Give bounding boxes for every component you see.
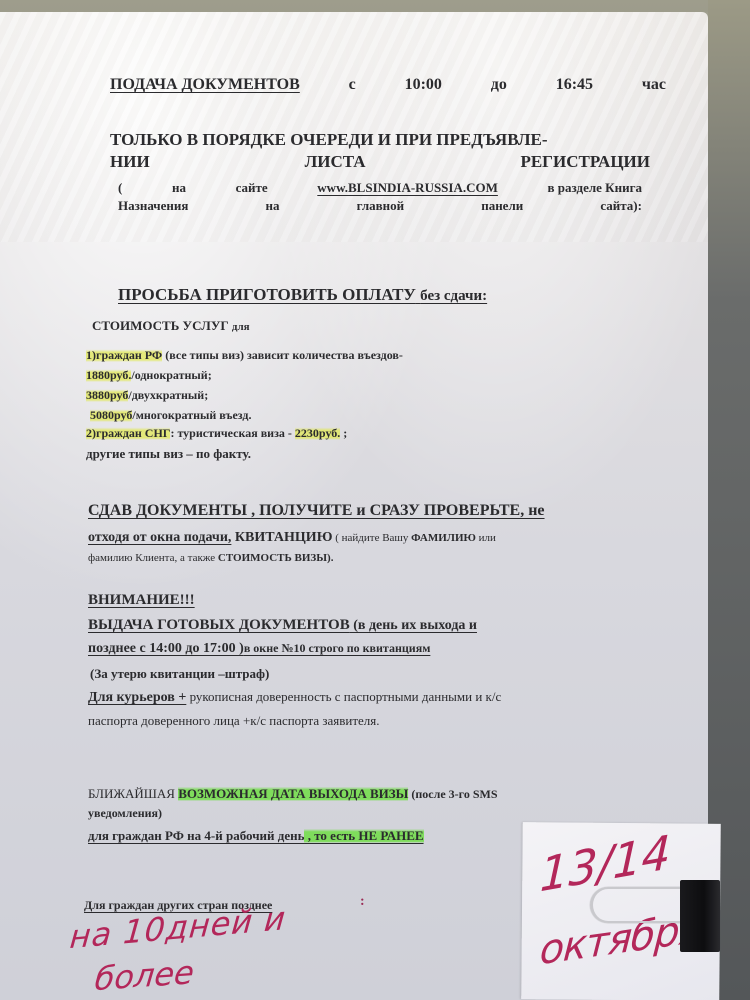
submission-check-line1: СДАВ ДОКУМЕНТЫ , ПОЛУЧИТЕ и СРАЗУ ПРОВЕР…	[88, 502, 545, 520]
attention-heading: ВНИМАНИЕ!!!	[88, 592, 195, 609]
submission-from-time: 10:00	[405, 76, 442, 94]
courier-requirements: Для курьеров + рукописная доверенность с…	[88, 689, 501, 706]
price-double-entry: 3880руб/двухкратный;	[86, 388, 208, 403]
cost-label: СТОИМОСТЬ УСЛУГ для	[92, 318, 250, 334]
binder-clip-wire-icon	[590, 887, 684, 923]
handwritten-more: более	[93, 953, 196, 998]
queue-rule-line2: НИИ ЛИСТА РЕГИСТРАЦИИ	[110, 152, 650, 172]
binder-clip-icon	[680, 880, 720, 952]
earliest-date-line-2: уведомления)	[88, 806, 162, 821]
site-line-2: Назначения на главной панели сайта):	[118, 198, 642, 214]
submission-hours-line: ПОДАЧА ДОКУМЕНТОВ с 10:00 до 16:45 час	[110, 76, 666, 94]
courier-requirements-2: паспорта доверенного лица +к/с паспорта …	[88, 713, 380, 729]
handwritten-colon: :	[360, 894, 365, 910]
issuance-title: ВЫДАЧА ГОТОВЫХ ДОКУМЕНТОВ (в день их вых…	[88, 617, 477, 634]
price-multiple-entry: 5080руб/многократный въезд.	[90, 408, 251, 423]
website-url: www.BLSINDIA-RUSSIA.COM	[317, 180, 498, 196]
submission-label: ПОДАЧА ДОКУМЕНТОВ	[110, 76, 300, 94]
price-single-entry: 1880руб./однократный;	[86, 368, 212, 383]
earliest-date-line: БЛИЖАЙШАЯ ВОЗМОЖНАЯ ДАТА ВЫХОДА ВИЗЫ (по…	[88, 786, 498, 802]
price-other-types: другие типы виз – по факту.	[86, 446, 251, 462]
payment-title: ПРОСЬБА ПРИГОТОВИТЬ ОПЛАТУ без сдачи:	[118, 285, 487, 305]
price-rf-line: 1)граждан РФ (все типы виз) зависит коли…	[86, 348, 403, 363]
site-line: ( на сайте www.BLSINDIA-RUSSIA.COM в раз…	[118, 180, 642, 196]
issuance-hours: позднее с 14:00 до 17:00 )в окне №10 стр…	[88, 641, 430, 657]
submission-check-line3: фамилию Клиента, а также СТОИМОСТЬ ВИЗЫ)…	[88, 552, 333, 564]
submission-check-line2: отходя от окна подачи, КВИТАНЦИЮ ( найди…	[88, 530, 496, 546]
submission-to-time: 16:45	[556, 76, 593, 94]
queue-rule-line1: ТОЛЬКО В ПОРЯДКЕ ОЧЕРЕДИ И ПРИ ПРЕДЪЯВЛЕ…	[110, 130, 650, 150]
price-cis-line: 2)граждан СНГ: туристическая виза - 2230…	[86, 426, 347, 441]
earliest-date-rf: для граждан РФ на 4-й рабочий день , то …	[88, 828, 424, 844]
lost-receipt-fine: (За утерю квитанции –штраф)	[90, 666, 269, 682]
